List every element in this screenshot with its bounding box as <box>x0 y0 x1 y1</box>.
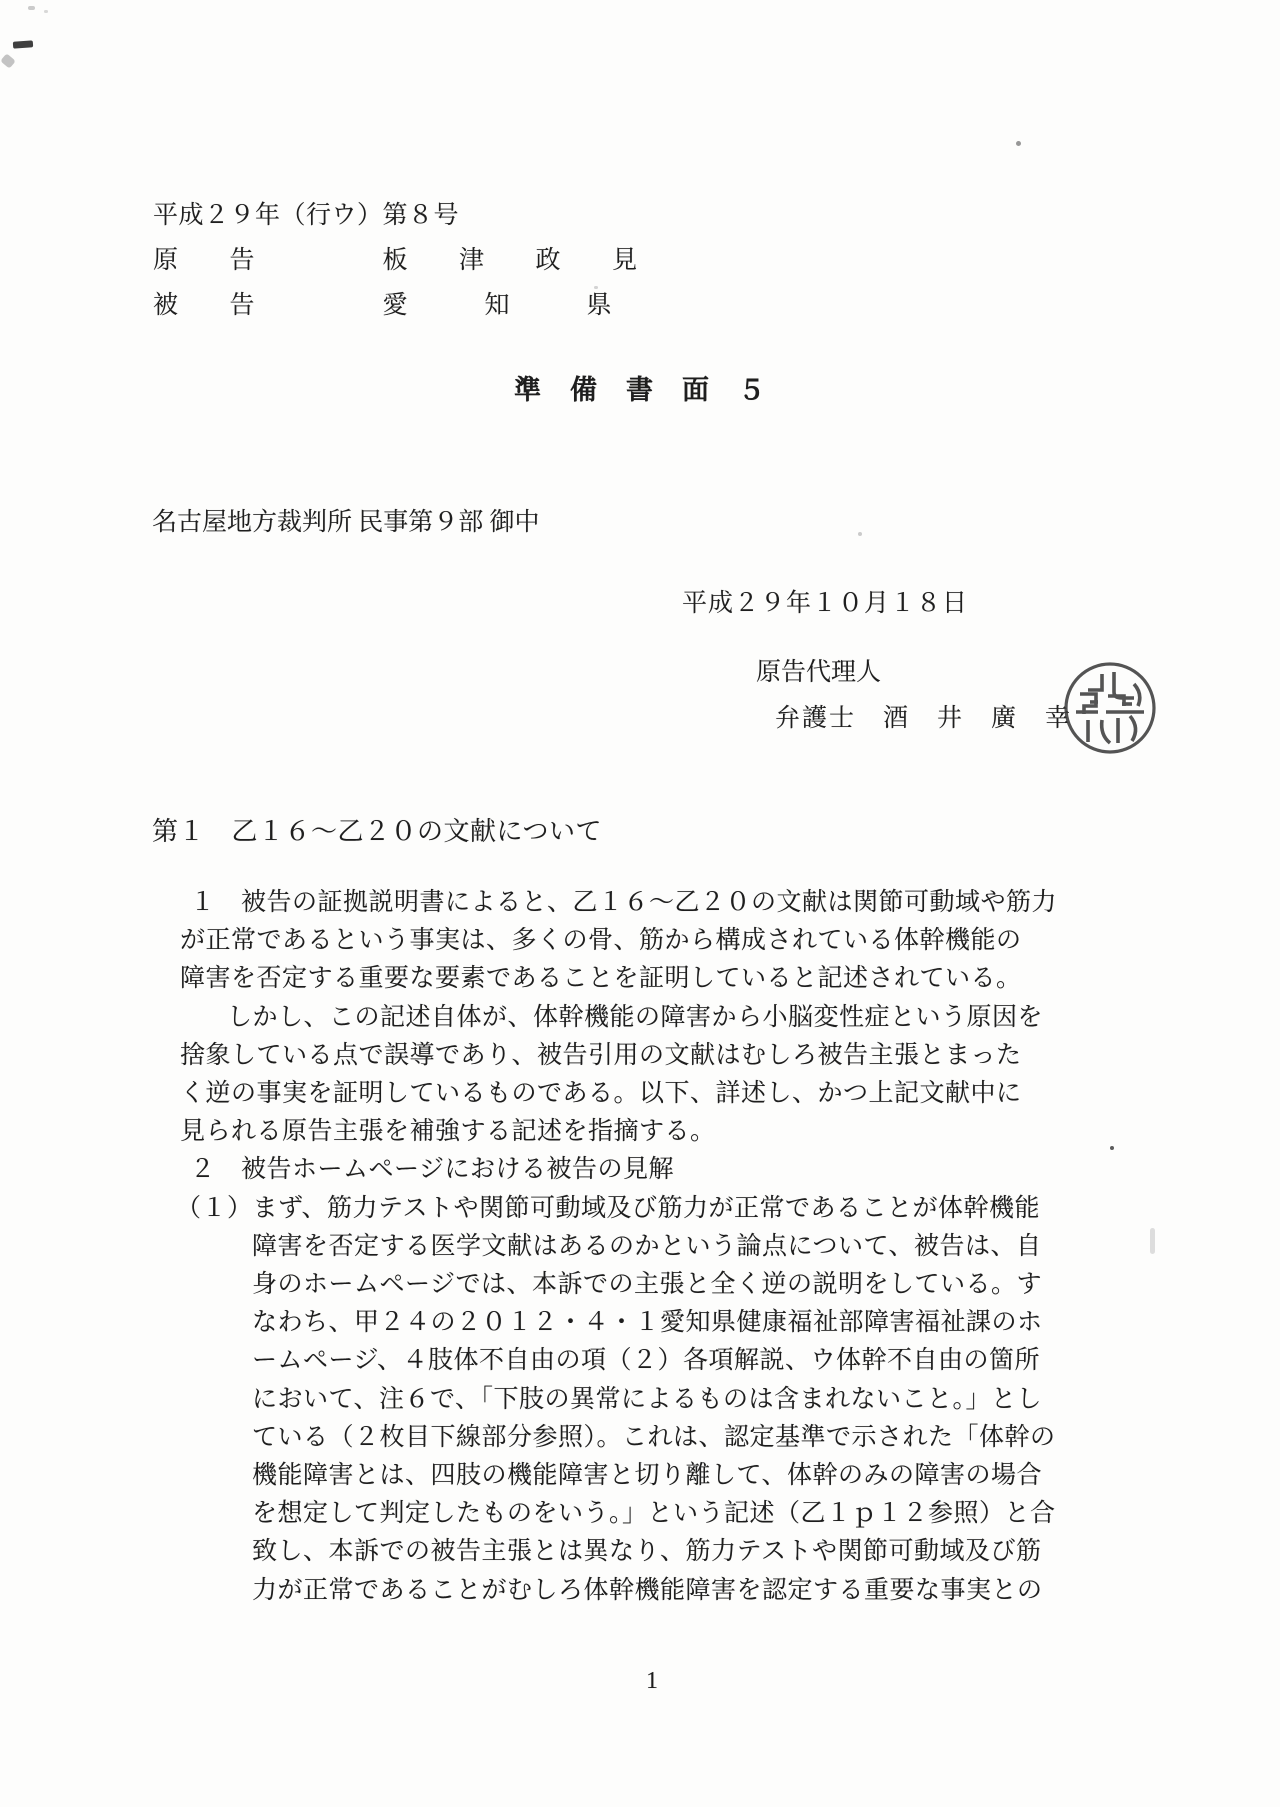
document-date: 平成２９年１０月１８日 <box>682 583 968 619</box>
scan-artifact <box>28 6 35 10</box>
body-line: ームページ、４肢体不自由の項（２）各項解説、ウ体幹不自由の箇所 <box>150 1342 1050 1380</box>
body-line: しかし、この記述自体が、体幹機能の障害から小脳変性症という原因を <box>150 999 1050 1037</box>
section-heading: 第１ 乙１６～乙２０の文献について <box>152 811 602 848</box>
body-line: ２ 被告ホームページにおける被告の見解 <box>150 1151 1050 1189</box>
scan-artifact <box>1016 141 1021 146</box>
attorney-name: 弁護士 酒 井 廣 幸 <box>775 698 1072 734</box>
scan-artifact <box>44 10 48 13</box>
addressee-court: 名古屋地方裁判所 民事第９部 御中 <box>152 502 540 538</box>
plaintiff-line: 原 告 板 津 政 見 <box>153 240 638 276</box>
scan-artifact <box>0 53 16 68</box>
body-line: 見られる原告主張を補強する記述を指摘する。 <box>150 1113 1050 1151</box>
body-line: 捨象している点で誤導であり、被告引用の文献はむしろ被告主張とまった <box>150 1037 1050 1075</box>
scan-artifact <box>13 40 33 48</box>
scan-artifact <box>1150 1228 1155 1254</box>
defendant-line: 被 告 愛 知 県 <box>153 285 612 321</box>
body-line: を想定して判定したものをいう。」という記述（乙１ｐ１２参照）と合 <box>150 1495 1050 1533</box>
scan-artifact <box>858 532 862 536</box>
body-line: 身のホームページでは、本訴での主張と全く逆の説明をしている。す <box>150 1266 1050 1304</box>
body-line: 障害を否定する医学文献はあるのかという論点について、被告は、自 <box>150 1228 1050 1266</box>
body-line: なわち、甲２４の２０１２・４・１愛知県健康福祉部障害福祉課のホ <box>150 1304 1050 1342</box>
body-lines: １ 被告の証拠説明書によると、乙１６～乙２０の文献は関節可動域や筋力が正常である… <box>150 884 1050 1610</box>
case-number: 平成２９年（行ウ）第８号 <box>153 195 459 231</box>
page-number: 1 <box>646 1668 658 1695</box>
body-line: が正常であるという事実は、多くの骨、筋から構成されている体幹機能の <box>150 922 1050 960</box>
body-line: 機能障害とは、四肢の機能障害と切り離して、体幹のみの障害の場合 <box>150 1457 1050 1495</box>
body-line: 致し、本訴での被告主張とは異なり、筋力テストや関節可動域及び筋 <box>150 1533 1050 1571</box>
attorney-seal-icon <box>1062 660 1158 756</box>
signer-role: 原告代理人 <box>756 652 881 688</box>
body-line: （１）まず、筋力テストや関節可動域及び筋力が正常であることが体幹機能 <box>150 1190 1050 1228</box>
scanned-legal-document-page: { "document": { "case_header": { "case_n… <box>0 0 1280 1807</box>
scan-artifact <box>1110 1146 1114 1150</box>
body-line: １ 被告の証拠説明書によると、乙１６～乙２０の文献は関節可動域や筋力 <box>150 884 1050 922</box>
body-line: 力が正常であることがむしろ体幹機能障害を認定する重要な事実との <box>150 1572 1050 1610</box>
body-line: ている（２枚目下線部分参照）。これは、認定基準で示された「体幹の <box>150 1419 1050 1457</box>
body-line: において、注６で、「下肢の異常によるものは含まれないこと。」とし <box>150 1381 1050 1419</box>
body-line: く逆の事実を証明しているものである。以下、詳述し、かつ上記文献中に <box>150 1075 1050 1113</box>
body-line: 障害を否定する重要な要素であることを証明していると記述されている。 <box>150 960 1050 998</box>
document-title: 準 備 書 面 ５ <box>0 368 1280 407</box>
